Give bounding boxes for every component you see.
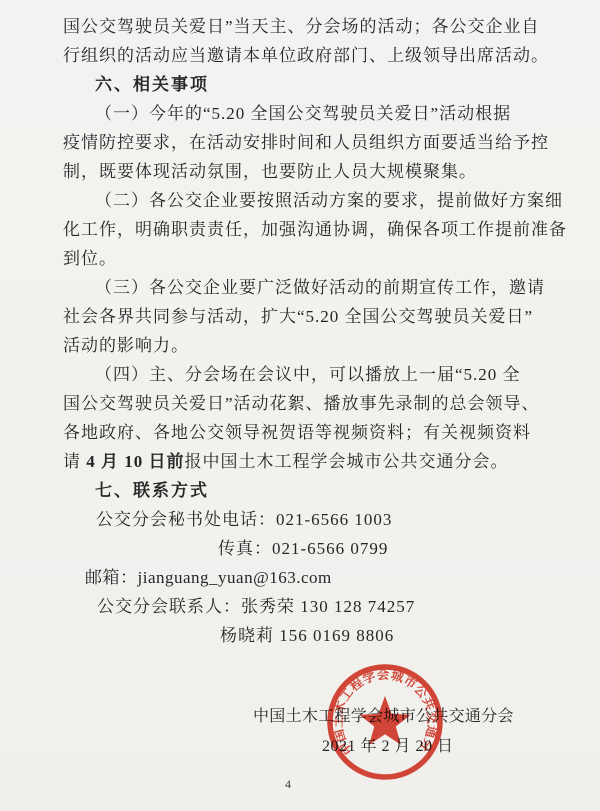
page-number: 4	[285, 777, 291, 792]
doc-line: 行组织的活动应当邀请本单位政府部门、上级领导出席活动。	[63, 41, 533, 70]
section-heading-7: 七、联系方式	[95, 476, 533, 505]
doc-line: 制，既要体现活动氛围，也要防止人员大规模聚集。	[63, 157, 533, 186]
deadline-pre: 请	[63, 452, 86, 471]
signature-date: 2021 年 2 月 20 日	[322, 733, 454, 756]
doc-line: 社会各界共同参与活动，扩大“5.20 全国公交驾驶员关爱日”	[63, 302, 533, 331]
document-page: 国公交驾驶员关爱日”当天主、分会场的活动；各公交企业自 行组织的活动应当邀请本单…	[0, 0, 600, 811]
signature-organization: 中国土木工程学会城市公共交通分会	[253, 703, 514, 726]
doc-line: 国公交驾驶员关爱日”活动花絮、播放事先录制的总会领导、	[63, 389, 533, 418]
section-heading-6: 六、相关事项	[95, 70, 533, 99]
document-body: 国公交驾驶员关爱日”当天主、分会场的活动；各公交企业自 行组织的活动应当邀请本单…	[63, 12, 533, 650]
doc-line: 国公交驾驶员关爱日”当天主、分会场的活动；各公交企业自	[63, 12, 533, 41]
doc-line: （一）今年的“5.20 全国公交驾驶员关爱日”活动根据	[95, 99, 533, 128]
doc-line: 活动的影响力。	[63, 331, 533, 360]
doc-line: （三）各公交企业要广泛做好活动的前期宣传工作，邀请	[95, 273, 533, 302]
contact-phone-line: 公交分会秘书处电话：021-6566 1003	[96, 505, 533, 534]
contact-person-line-1: 公交分会联系人：张秀荣 130 128 74257	[97, 592, 533, 621]
doc-line: （四）主、分会场在会议中，可以播放上一届“5.20 全	[95, 360, 533, 389]
doc-line-deadline: 请 4 月 10 日前报中国土木工程学会城市公共交通分会。	[63, 447, 533, 476]
doc-line: 到位。	[63, 244, 533, 273]
doc-line: （二）各公交企业要按照活动方案的要求，提前做好方案细	[95, 186, 533, 215]
contact-person-line-2: 杨晓莉 156 0169 8806	[220, 621, 533, 650]
doc-line: 疫情防控要求，在活动安排时间和人员组织方面要适当给予控	[63, 128, 533, 157]
doc-line: 化工作，明确职责责任，加强沟通协调，确保各项工作提前准备	[63, 215, 533, 244]
contact-fax-line: 传真：021-6566 0799	[218, 534, 533, 563]
deadline-post: 报中国土木工程学会城市公共交通分会。	[185, 452, 509, 471]
doc-line: 各地政府、各地公交领导祝贺语等视频资料；有关视频资料	[63, 418, 533, 447]
deadline-bold: 4 月 10 日前	[86, 452, 184, 471]
contact-email-line: 邮箱：jianguang_yuan@163.com	[85, 563, 533, 592]
